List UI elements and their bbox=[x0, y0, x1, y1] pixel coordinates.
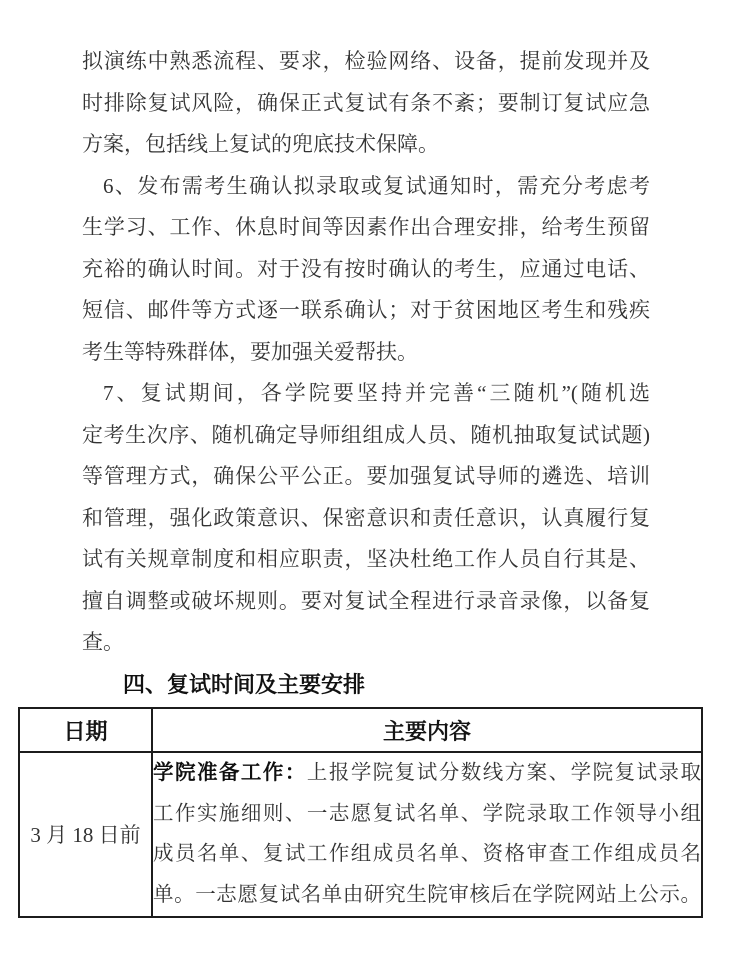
paragraph: 拟演练中熟悉流程、要求，检验网络、设备，提前发现并及 时排除复试风险，确保正式复… bbox=[82, 41, 650, 166]
table-header-date: 日期 bbox=[19, 708, 152, 752]
content-label: 学院准备工作： bbox=[153, 762, 307, 784]
document-page: 拟演练中熟悉流程、要求，检验网络、设备，提前发现并及 时排除复试风险，确保正式复… bbox=[0, 0, 734, 975]
schedule-table: 日期 主要内容 3 月 18 日前 学院准备工作：上报学院复试分数线方案、学院复… bbox=[18, 707, 703, 918]
date-cell: 3 月 18 日前 bbox=[19, 752, 152, 917]
body-line: 等管理方式，确保公平公正。要加强复试导师的遴选、培训 bbox=[82, 456, 650, 498]
table-header-content: 主要内容 bbox=[152, 708, 702, 752]
paragraph: 6、发布需考生确认拟录取或复试通知时，需充分考虑考 生学习、工作、休息时间等因素… bbox=[82, 166, 650, 374]
body-line: 和管理，强化政策意识、保密意识和责任意识，认真履行复 bbox=[82, 498, 650, 540]
body-line: 试有关规章制度和相应职责，坚决杜绝工作人员自行其是、 bbox=[82, 539, 650, 581]
body-line: 充裕的确认时间。对于没有按时确认的考生，应通过电话、 bbox=[82, 249, 650, 291]
body-text: 拟演练中熟悉流程、要求，检验网络、设备，提前发现并及 时排除复试风险，确保正式复… bbox=[82, 41, 650, 705]
body-line: 查。 bbox=[82, 622, 650, 664]
body-line: 定考生次序、随机确定导师组组成人员、随机抽取复试试题) bbox=[82, 415, 650, 457]
table-header-row: 日期 主要内容 bbox=[19, 708, 702, 752]
content-cell: 学院准备工作：上报学院复试分数线方案、学院复试录取 工作实施细则、一志愿复试名单… bbox=[152, 752, 702, 917]
content-line-text: 上报学院复试分数线方案、学院复试录取 bbox=[307, 762, 701, 784]
body-line: 时排除复试风险，确保正式复试有条不紊；要制订复试应急 bbox=[82, 83, 650, 125]
content-line: 成员名单、复试工作组成员名单、资格审查工作组成员名 bbox=[153, 834, 701, 875]
body-line: 生学习、工作、休息时间等因素作出合理安排，给考生预留 bbox=[82, 207, 650, 249]
body-line: 方案，包括线上复试的兜底技术保障。 bbox=[82, 124, 650, 166]
table-row: 3 月 18 日前 学院准备工作：上报学院复试分数线方案、学院复试录取 工作实施… bbox=[19, 752, 702, 917]
content-line: 单。一志愿复试名单由研究生院审核后在学院网站上公示。 bbox=[153, 875, 701, 916]
body-line: 擅自调整或破坏规则。要对复试全程进行录音录像，以备复 bbox=[82, 581, 650, 623]
content-line: 工作实施细则、一志愿复试名单、学院录取工作领导小组 bbox=[153, 794, 701, 835]
content-line: 学院准备工作：上报学院复试分数线方案、学院复试录取 bbox=[153, 753, 701, 794]
body-line: 拟演练中熟悉流程、要求，检验网络、设备，提前发现并及 bbox=[82, 41, 650, 83]
body-line: 短信、邮件等方式逐一联系确认；对于贫困地区考生和残疾 bbox=[82, 290, 650, 332]
paragraph: 7、复试期间，各学院要坚持并完善“三随机”(随机选 定考生次序、随机确定导师组组… bbox=[82, 373, 650, 664]
body-line: 考生等特殊群体，要加强关爱帮扶。 bbox=[82, 332, 650, 374]
body-line: 6、发布需考生确认拟录取或复试通知时，需充分考虑考 bbox=[82, 166, 650, 208]
section-heading: 四、复试时间及主要安排 bbox=[82, 664, 650, 706]
body-line: 7、复试期间，各学院要坚持并完善“三随机”(随机选 bbox=[82, 373, 650, 415]
